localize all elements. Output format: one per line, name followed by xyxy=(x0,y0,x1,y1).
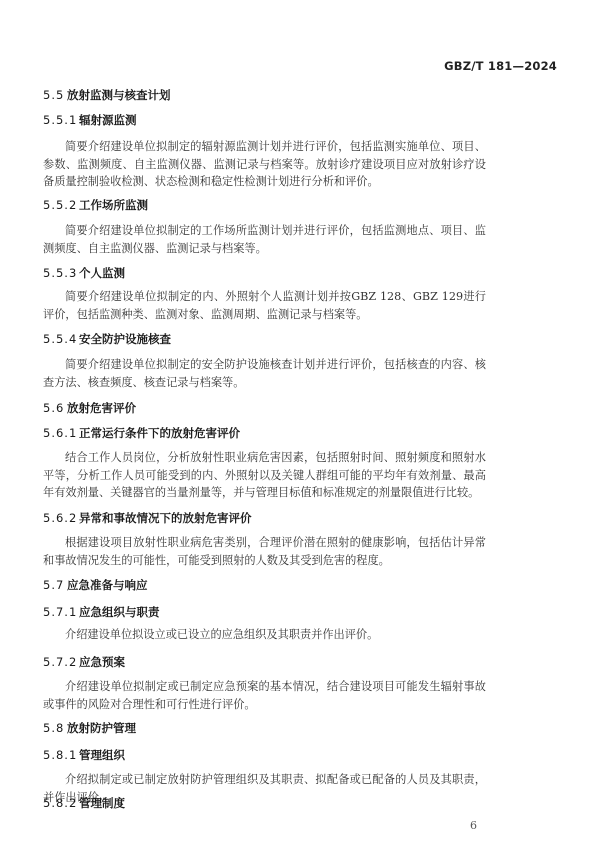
section-number: 5.7.2 xyxy=(43,654,79,670)
section-number: 5.8.2 xyxy=(43,795,79,811)
section-number: 5.5.1 xyxy=(43,112,79,128)
section-number: 5.7 xyxy=(43,577,67,593)
section-heading-5-5-4: 5.5.4安全防护设施核查 xyxy=(43,331,171,347)
page-number: 6 xyxy=(470,819,477,832)
section-heading-5-5-2: 5.5.2工作场所监测 xyxy=(43,197,148,213)
section-title: 管理制度 xyxy=(79,796,125,810)
paragraph-5-6-1: 结合工作人员岗位，分析放射性职业病危害因素，包括照射时间、照射频度和照射水平等，… xyxy=(43,449,486,502)
section-heading-5-7-2: 5.7.2应急预案 xyxy=(43,654,125,670)
section-number: 5.5.3 xyxy=(43,265,79,281)
section-heading-5-8-1: 5.8.1管理组织 xyxy=(43,747,125,763)
paragraph-5-7-2: 介绍建设单位拟制定或已制定应急预案的基本情况，结合建设项目可能发生辐射事故或事件… xyxy=(43,678,486,713)
section-number: 5.6 xyxy=(43,400,67,416)
section-title: 安全防护设施核查 xyxy=(79,332,171,346)
section-number: 5.8 xyxy=(43,720,67,736)
paragraph-5-5-1: 简要介绍建设单位拟制定的辐射源监测计划并进行评价，包括监测实施单位、项目、参数、… xyxy=(43,138,486,191)
paragraph-5-6-2: 根据建设项目放射性职业病危害类别，合理评价潜在照射的健康影响，包括估计异常和事故… xyxy=(43,534,486,569)
section-heading-5-6: 5.6放射危害评价 xyxy=(43,400,136,416)
section-title: 应急准备与响应 xyxy=(67,578,148,592)
section-title: 应急预案 xyxy=(79,655,125,669)
section-title: 个人监测 xyxy=(79,266,125,280)
section-number: 5.7.1 xyxy=(43,604,79,620)
paragraph-5-5-4: 简要介绍建设单位拟制定的安全防护设施核查计划并进行评价，包括核查的内容、核查方法… xyxy=(43,356,486,391)
section-heading-5-5-3: 5.5.3个人监测 xyxy=(43,265,125,281)
section-title: 放射监测与核查计划 xyxy=(67,88,171,102)
section-title: 正常运行条件下的放射危害评价 xyxy=(79,426,240,440)
section-title: 管理组织 xyxy=(79,748,125,762)
section-title: 放射危害评价 xyxy=(67,401,136,415)
section-heading-5-6-1: 5.6.1正常运行条件下的放射危害评价 xyxy=(43,425,240,441)
section-title: 应急组织与职责 xyxy=(79,605,160,619)
section-heading-5-8: 5.8放射防护管理 xyxy=(43,720,136,736)
section-title: 异常和事故情况下的放射危害评价 xyxy=(79,511,252,525)
section-number: 5.8.1 xyxy=(43,747,79,763)
section-heading-5-7-1: 5.7.1应急组织与职责 xyxy=(43,604,160,620)
section-heading-5-5-1: 5.5.1辐射源监测 xyxy=(43,112,137,128)
paragraph-5-5-3: 简要介绍建设单位拟制定的内、外照射个人监测计划并按GBZ 128、GBZ 129… xyxy=(43,288,486,323)
section-title: 工作场所监测 xyxy=(79,198,148,212)
section-heading-5-7: 5.7应急准备与响应 xyxy=(43,577,148,593)
section-heading-5-6-2: 5.6.2异常和事故情况下的放射危害评价 xyxy=(43,510,252,526)
section-number: 5.5 xyxy=(43,87,67,103)
section-title: 放射防护管理 xyxy=(67,721,136,735)
paragraph-5-5-2: 简要介绍建设单位拟制定的工作场所监测计划并进行评价，包括监测地点、项目、监测频度… xyxy=(43,222,486,257)
section-number: 5.5.2 xyxy=(43,197,79,213)
section-title: 辐射源监测 xyxy=(79,113,137,127)
standard-code-header: GBZ/T 181—2024 xyxy=(444,59,557,73)
section-number: 5.5.4 xyxy=(43,331,79,347)
section-number: 5.6.1 xyxy=(43,425,79,441)
section-heading-5-8-2: 5.8.2管理制度 xyxy=(43,795,125,811)
paragraph-5-7-1: 介绍建设单位拟设立或已设立的应急组织及其职责并作出评价。 xyxy=(43,626,486,644)
section-heading-5-5: 5.5放射监测与核查计划 xyxy=(43,87,171,103)
section-number: 5.6.2 xyxy=(43,510,79,526)
